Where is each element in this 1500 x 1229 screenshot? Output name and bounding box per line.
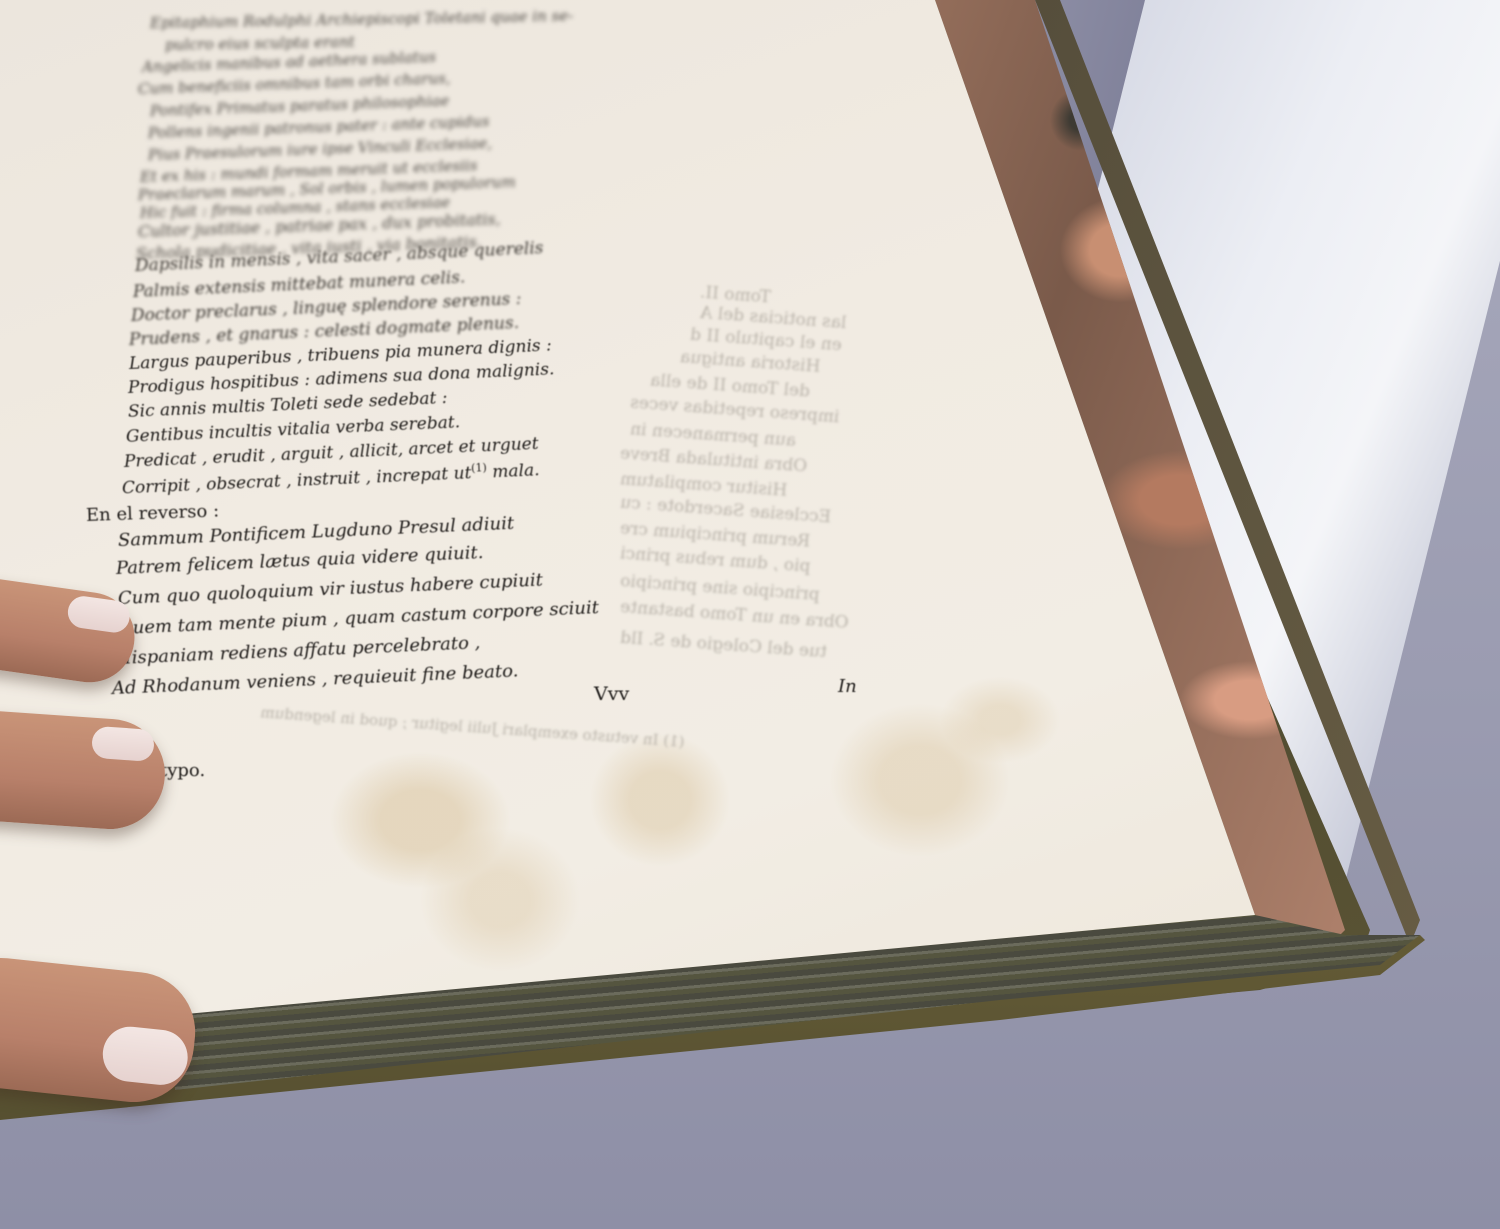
footnote-marker: (1) [471,461,487,475]
signature-mark: Vvv [594,683,629,705]
thumbnail [100,1024,190,1088]
section-label: En el reverso : [86,500,220,526]
footnote-fragment: typo. [160,760,205,781]
catchword: In [838,676,857,697]
photo-scene: Tomo II. las noticias del A en el capitu… [0,0,1500,1229]
fingernail [91,726,155,762]
